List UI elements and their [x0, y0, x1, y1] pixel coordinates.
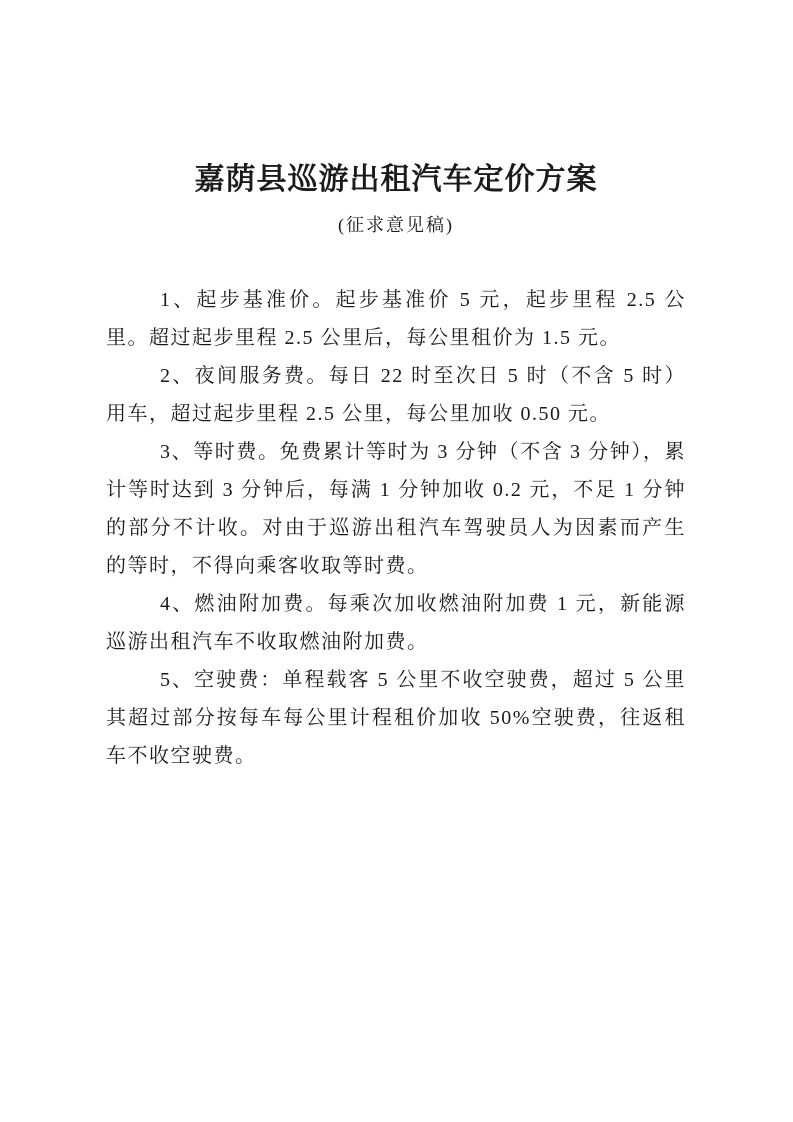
- page-subtitle: (征求意见稿): [106, 212, 686, 238]
- paragraph-base-fare: 1、起步基准价。起步基准价 5 元，起步里程 2.5 公里。超过起步里程 2.5…: [106, 281, 686, 357]
- document-page: 嘉荫县巡游出租汽车定价方案 (征求意见稿) 1、起步基准价。起步基准价 5 元，…: [0, 0, 793, 1122]
- page-title: 嘉荫县巡游出租汽车定价方案: [106, 158, 686, 202]
- paragraph-fuel-surcharge: 4、燃油附加费。每乘次加收燃油附加费 1 元，新能源巡游出租汽车不收取燃油附加费…: [106, 585, 686, 661]
- paragraph-night-service-fee: 2、夜间服务费。每日 22 时至次日 5 时（不含 5 时）用车，超过起步里程 …: [106, 357, 686, 433]
- paragraph-empty-driving-fee: 5、空驶费：单程载客 5 公里不收空驶费，超过 5 公里其超过部分按每车每公里计…: [106, 661, 686, 775]
- document-body: 1、起步基准价。起步基准价 5 元，起步里程 2.5 公里。超过起步里程 2.5…: [106, 281, 686, 775]
- paragraph-waiting-fee: 3、等时费。免费累计等时为 3 分钟（不含 3 分钟），累计等时达到 3 分钟后…: [106, 433, 686, 585]
